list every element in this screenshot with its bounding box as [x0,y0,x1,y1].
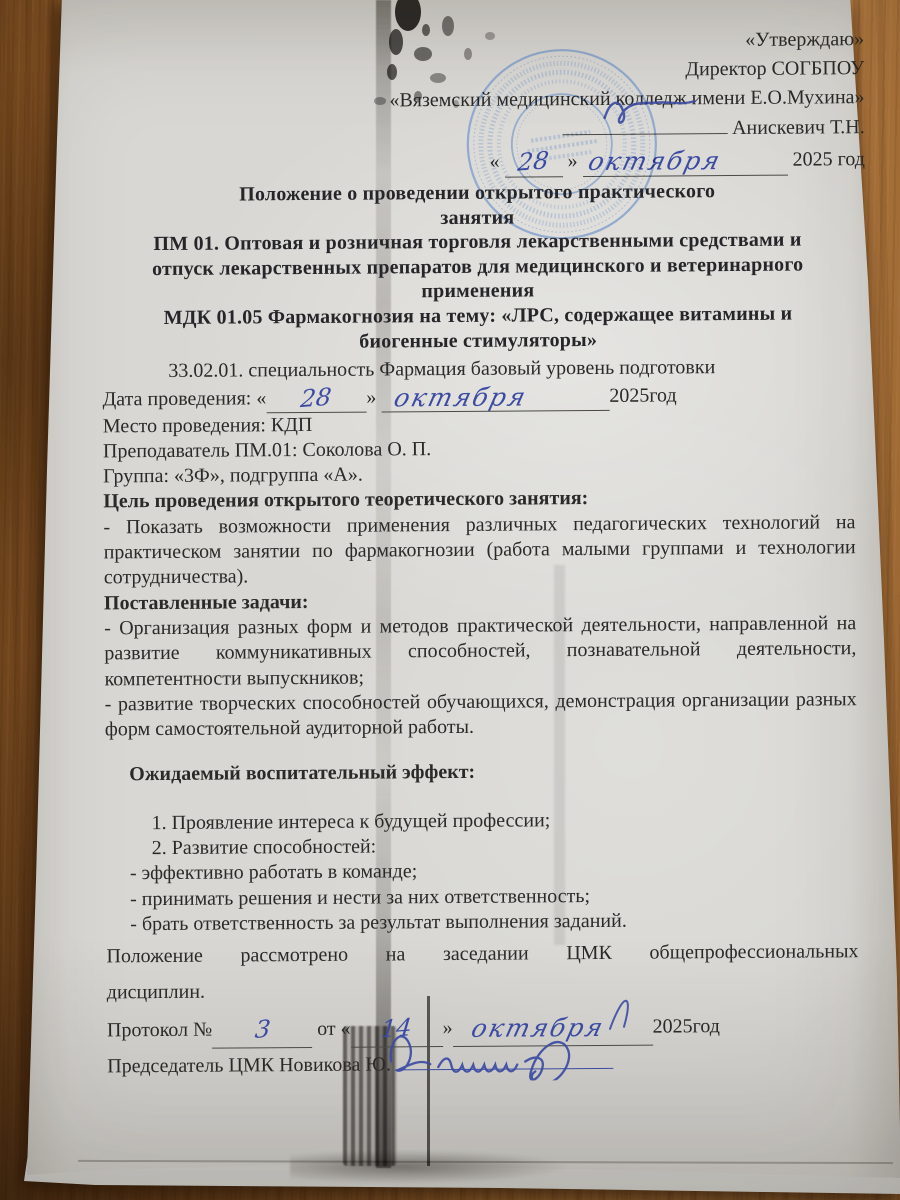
chair-label: Председатель ЦМК Новикова Ю. [107,1054,391,1078]
reviewed-line-1: Положение рассмотрено на заседании ЦМК о… [106,934,858,975]
approval-header: «Утверждаю» Директор СОГБПОУ «Вяземский … [0,25,865,181]
date-year: 2025год [609,385,676,407]
effect-sub-3: - брать ответственность за результат вып… [130,907,858,937]
date-close-quote: » [366,387,376,409]
document-title: Положение о проведении открытого практич… [92,178,863,356]
photo-of-document: { "colors":{ "paper":"#d8d7d3", "table_l… [0,0,900,1200]
protocol-number-underline: 3 [212,1010,312,1049]
director-name: Анискевич Т.Н. [732,116,865,139]
header-year: 2025 год [793,148,865,171]
handwritten-protocol-number: 3 [253,1012,272,1049]
chair-signature-underline [395,1048,613,1071]
protocol-label: Протокол № [107,1019,212,1042]
date-day-underline: 28 [266,384,366,413]
handwritten-date-day: 28 [300,385,333,413]
chair-line: Председатель ЦМК Новикова Ю. [107,1045,859,1086]
task-item-1: - Организация разных форм и методов прак… [104,611,857,692]
effect-heading: Ожидаемый воспитательный эффект: [129,758,857,788]
header-date-line: « 28 » октября 2025 год [0,142,865,181]
chair-signature-icon [375,1002,656,1082]
document-body: 33.02.01. специальность Фармация базовый… [102,354,859,1085]
protocol-from: от « [317,1018,351,1040]
footer-block: Положение рассмотрено на заседании ЦМК о… [106,934,859,1085]
handwritten-date-month: октября [391,385,529,411]
date-month-underline: октября [381,381,609,412]
protocol-year: 2025год [653,1015,720,1037]
task-item-2: - развитие творческих способностей обуча… [105,687,857,743]
goal-paragraph: - Показать возможности применения различ… [103,510,856,591]
document-content: «Утверждаю» Директор СОГБПОУ «Вяземский … [0,0,900,1200]
date-label: Дата проведения: « [103,388,267,411]
